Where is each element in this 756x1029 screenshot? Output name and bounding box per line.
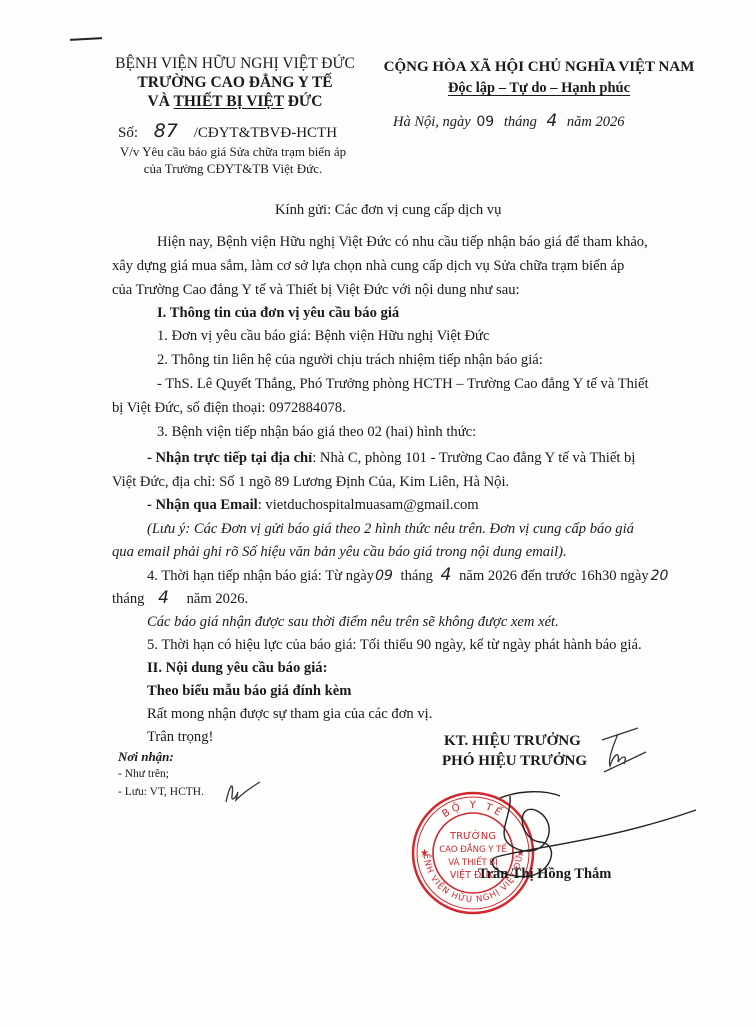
email-label: - Nhận qua Email (147, 497, 258, 513)
intro-line1: Hiện nay, Bệnh viện Hữu nghị Việt Đức có… (157, 231, 648, 253)
date-year: năm 2026 (567, 114, 625, 130)
deadline-end-month: 4 (158, 588, 169, 608)
deadline-start-day: 09 (375, 568, 393, 584)
stamp-star-left: ★ (420, 848, 429, 859)
org-name-underlined: THIẾT BỊ VIỆT (174, 93, 284, 110)
note-line1: (Lưu ý: Các Đơn vị gửi báo giá theo 2 hì… (147, 518, 634, 540)
org-name-line2: VÀ THIẾT BỊ VIỆT ĐỨC (100, 92, 370, 111)
intro-line2: xây dựng giá mua sắm, làm cơ sở lựa chọn… (112, 255, 624, 277)
pen-mark (70, 37, 102, 41)
initials-scribble (222, 778, 262, 806)
requester-item: 1. Đơn vị yêu cầu báo giá: Bệnh viện Hữu… (157, 325, 489, 347)
date-prefix: Hà Nội, ngày (393, 114, 471, 130)
direct-label: - Nhận trực tiếp tại địa chỉ (147, 450, 312, 466)
signature-title1: KT. HIỆU TRƯỞNG (444, 733, 581, 750)
closing-line2: Trân trọng! (147, 726, 213, 748)
issuer-header: BỆNH VIỆN HỮU NGHỊ VIỆT ĐỨC TRƯỜNG CAO Đ… (100, 54, 370, 111)
issue-date: Hà Nội, ngày 09 tháng 4 năm 2026 (393, 111, 625, 131)
org-name-line1: TRƯỜNG CAO ĐẲNG Y TẾ (100, 73, 370, 92)
signature-title2: PHÓ HIỆU TRƯỞNG (442, 753, 587, 770)
email-value: : vietduchospitalmuasam@gmail.com (258, 497, 479, 513)
submission-methods: 3. Bệnh viện tiếp nhận báo giá theo 02 (… (157, 421, 476, 443)
number-handwritten: 87 (154, 120, 178, 142)
country-name: CỘNG HÒA XÃ HỘI CHỦ NGHĨA VIỆT NAM (378, 57, 700, 77)
direct-value: : Nhà C, phòng 101 - Trường Cao đẳng Y t… (312, 450, 635, 466)
direct-submission: - Nhận trực tiếp tại địa chỉ: Nhà C, phò… (147, 447, 635, 469)
recipients-title: Nơi nhận: (118, 749, 174, 765)
intro-line3: của Trường Cao đẳng Y tế và Thiết bị Việ… (112, 279, 520, 301)
recipient-item1: - Như trên; (118, 768, 169, 780)
deadline-month-label: tháng (401, 568, 433, 584)
deadline-line2: tháng 4 năm 2026. (112, 587, 248, 610)
section2-subtitle: Theo biểu mẫu báo giá đính kèm (147, 680, 351, 702)
validity-item: 5. Thời hạn có hiệu lực của báo giá: Tối… (147, 634, 642, 656)
motto: Độc lập – Tự do – Hạnh phúc (448, 80, 630, 96)
deadline-line2-suffix: năm 2026. (187, 591, 249, 607)
deadline-end-day: 20 (651, 568, 669, 584)
parent-org: BỆNH VIỆN HỮU NGHỊ VIỆT ĐỨC (100, 54, 370, 73)
deadline-prefix: 4. Thời hạn tiếp nhận báo giá: Từ ngày (147, 568, 374, 584)
email-submission: - Nhận qua Email: vietduchospitalmuasam@… (147, 494, 479, 516)
section2-title: II. Nội dung yêu cầu báo giá: (147, 657, 327, 679)
deadline-line2-label: tháng (112, 591, 144, 607)
direct-address: Việt Đức, địa chỉ: Số 1 ngõ 89 Lương Địn… (112, 471, 509, 493)
deadline-mid: năm 2026 đến trước 16h30 ngày (459, 568, 649, 584)
section1-title: I. Thông tin của đơn vị yêu cầu báo giá (157, 302, 399, 324)
org-name-prefix: VÀ (148, 93, 174, 110)
national-header: CỘNG HÒA XÃ HỘI CHỦ NGHĨA VIỆT NAM Độc l… (378, 57, 700, 98)
closing-line1: Rất mong nhận được sự tham gia của các đ… (147, 703, 432, 725)
contact-line2: bị Việt Đức, số điện thoại: 0972884078. (112, 397, 346, 419)
subject-line1: V/v Yêu cầu báo giá Sửa chữa trạm biến á… (108, 143, 358, 160)
date-day: 09 (476, 114, 494, 130)
document-page: BỆNH VIỆN HỮU NGHỊ VIỆT ĐỨC TRƯỜNG CAO Đ… (0, 0, 756, 1029)
signer-name: Trần Thị Hồng Thắm (478, 866, 611, 883)
deadline-item: 4. Thời hạn tiếp nhận báo giá: Từ ngày09… (147, 564, 668, 587)
deadline-start-month: 4 (441, 565, 452, 585)
recipient-item2: - Lưu: VT, HCTH. (118, 786, 204, 798)
number-label: Số: (118, 125, 138, 141)
contact-line1: - ThS. Lê Quyết Thắng, Phó Trưởng phòng … (157, 373, 649, 395)
number-suffix: /CĐYT&TBVĐ-HCTH (194, 125, 337, 141)
subject: V/v Yêu cầu báo giá Sửa chữa trạm biến á… (108, 143, 358, 177)
date-month-label: tháng (504, 114, 537, 130)
salutation: Kính gửi: Các đơn vị cung cấp dịch vụ (275, 199, 501, 221)
initials-mark (598, 726, 650, 774)
org-name-suffix: ĐỨC (284, 93, 323, 110)
note-line2: qua email phải ghi rõ Số hiệu văn bản yê… (112, 541, 567, 563)
contact-item: 2. Thông tin liên hệ của người chịu trác… (157, 349, 543, 371)
late-note: Các báo giá nhận được sau thời điểm nêu … (147, 611, 559, 633)
subject-line2: của Trường CĐYT&TB Việt Đức. (108, 160, 358, 177)
document-number: Số: 87 /CĐYT&TBVĐ-HCTH (118, 120, 337, 142)
date-month: 4 (546, 111, 557, 131)
